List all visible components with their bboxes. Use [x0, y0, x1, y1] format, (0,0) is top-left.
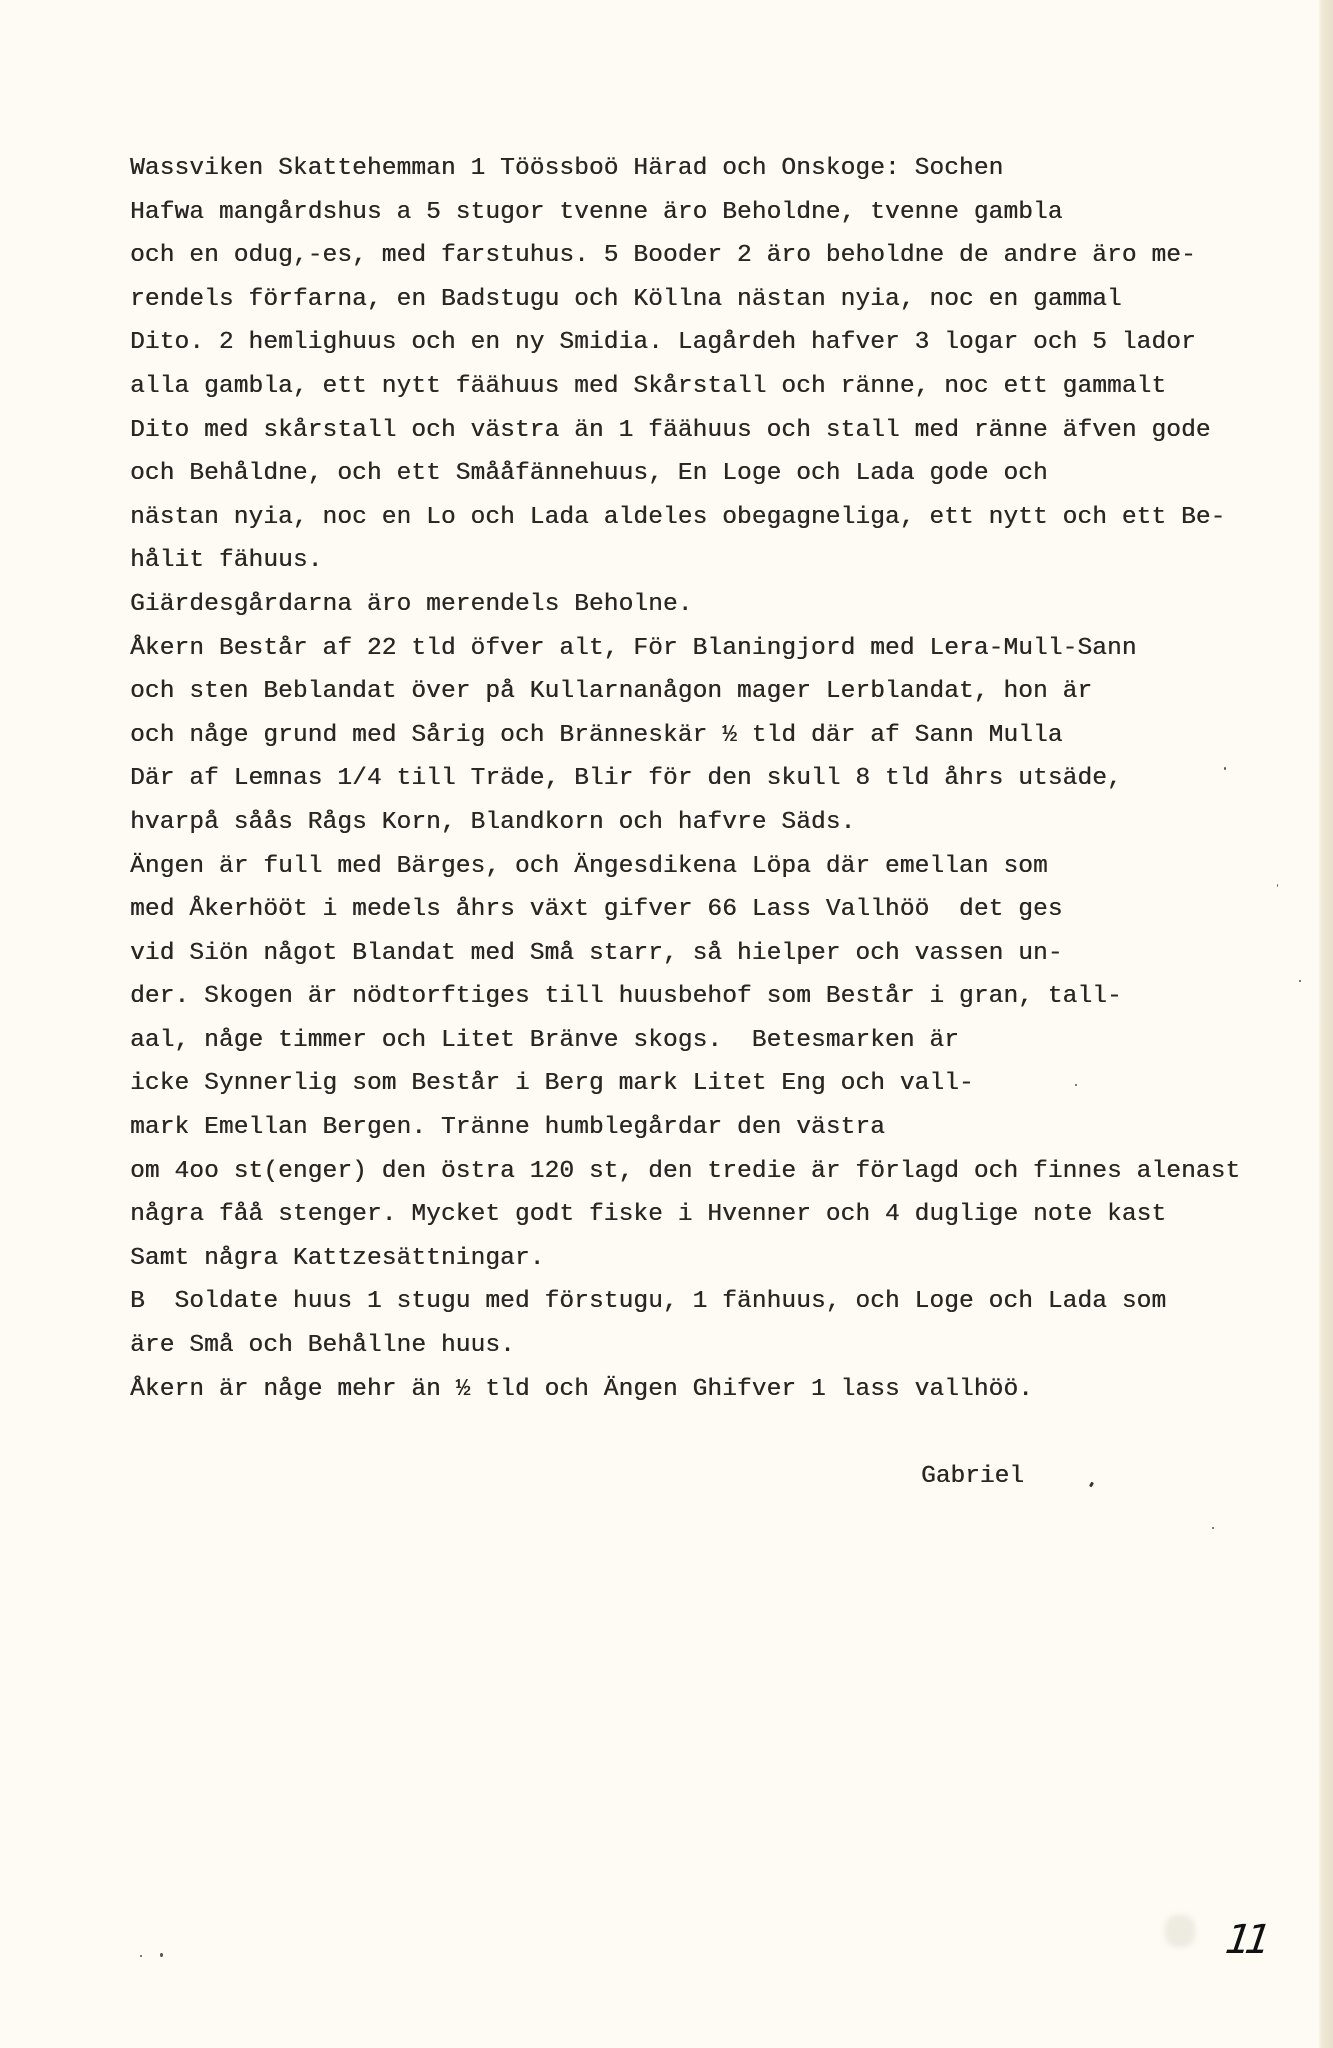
text-line: Hafwa mangårdshus a 5 stugor tvenne äro … [130, 191, 1290, 235]
text-line: alla gambla, ett nytt fäähuus med Skårst… [130, 365, 1290, 409]
text-line: rendels förfarna, en Badstugu och Köllna… [130, 278, 1290, 322]
text-line: och någe grund med Sårig och Bränneskär … [130, 714, 1290, 758]
text-line: Giärdesgårdarna äro merendels Beholne. [130, 583, 1290, 627]
typed-text-body: Wassviken Skattehemman 1 Töössboö Härad … [130, 147, 1290, 1411]
signature: Gabriel [921, 1462, 1024, 1492]
signature-mark [1089, 1482, 1094, 1488]
text-line: B Soldate huus 1 stugu med förstugu, 1 f… [130, 1280, 1290, 1324]
text-line: om 4oo st(enger) den östra 120 st, den t… [130, 1150, 1290, 1194]
text-line: der. Skogen är nödtorftiges till huusbeh… [130, 975, 1290, 1019]
paper-speck [1277, 884, 1278, 887]
text-line: Ängen är full med Bärges, och Ängesdiken… [130, 845, 1290, 889]
text-line: hålit fähuus. [130, 539, 1290, 583]
text-line: aal, någe timmer och Litet Bränve skogs.… [130, 1019, 1290, 1063]
text-line: Åkern Består af 22 tld öfver alt, För Bl… [130, 627, 1290, 671]
text-line: Samt några Kattzesättningar. [130, 1237, 1290, 1281]
text-line: vid Siön något Blandat med Små starr, så… [130, 932, 1290, 976]
paper-speck [1299, 980, 1301, 982]
text-line: äre Små och Behållne huus. [130, 1324, 1290, 1368]
page-number: 11 [1223, 1918, 1268, 1962]
text-line: mark Emellan Bergen. Tränne humblegårdar… [130, 1106, 1290, 1150]
paper-speck [140, 1955, 142, 1957]
text-line: hvarpå såås Rågs Korn, Blandkorn och haf… [130, 801, 1290, 845]
paper-speck [1224, 767, 1226, 770]
text-line: några fåå stenger. Mycket godt fiske i H… [130, 1193, 1290, 1237]
text-line: Wassviken Skattehemman 1 Töössboö Härad … [130, 147, 1290, 191]
text-line: Dito. 2 hemlighuus och en ny Smidia. Lag… [130, 321, 1290, 365]
document-page: Wassviken Skattehemman 1 Töössboö Härad … [0, 0, 1333, 2048]
paper-speck [1075, 1084, 1077, 1086]
text-line: med Åkerhööt i medels åhrs växt gifver 6… [130, 888, 1290, 932]
text-line: Där af Lemnas 1/4 till Träde, Blir för d… [130, 757, 1290, 801]
text-line: och en odug,-es, med farstuhus. 5 Booder… [130, 234, 1290, 278]
text-line: Dito med skårstall och västra än 1 fäähu… [130, 409, 1290, 453]
text-line: Åkern är någe mehr än ½ tld och Ängen Gh… [130, 1368, 1290, 1412]
text-line: nästan nyia, noc en Lo och Lada aldeles … [130, 496, 1290, 540]
paper-speck [1212, 1527, 1214, 1529]
paper-smudge [1165, 1915, 1195, 1947]
text-line: och sten Beblandat över på Kullarnanågon… [130, 670, 1290, 714]
text-line: och Behåldne, och ett Smååfännehuus, En … [130, 452, 1290, 496]
text-line: icke Synnerlig som Består i Berg mark Li… [130, 1062, 1290, 1106]
paper-speck [160, 1953, 163, 1957]
